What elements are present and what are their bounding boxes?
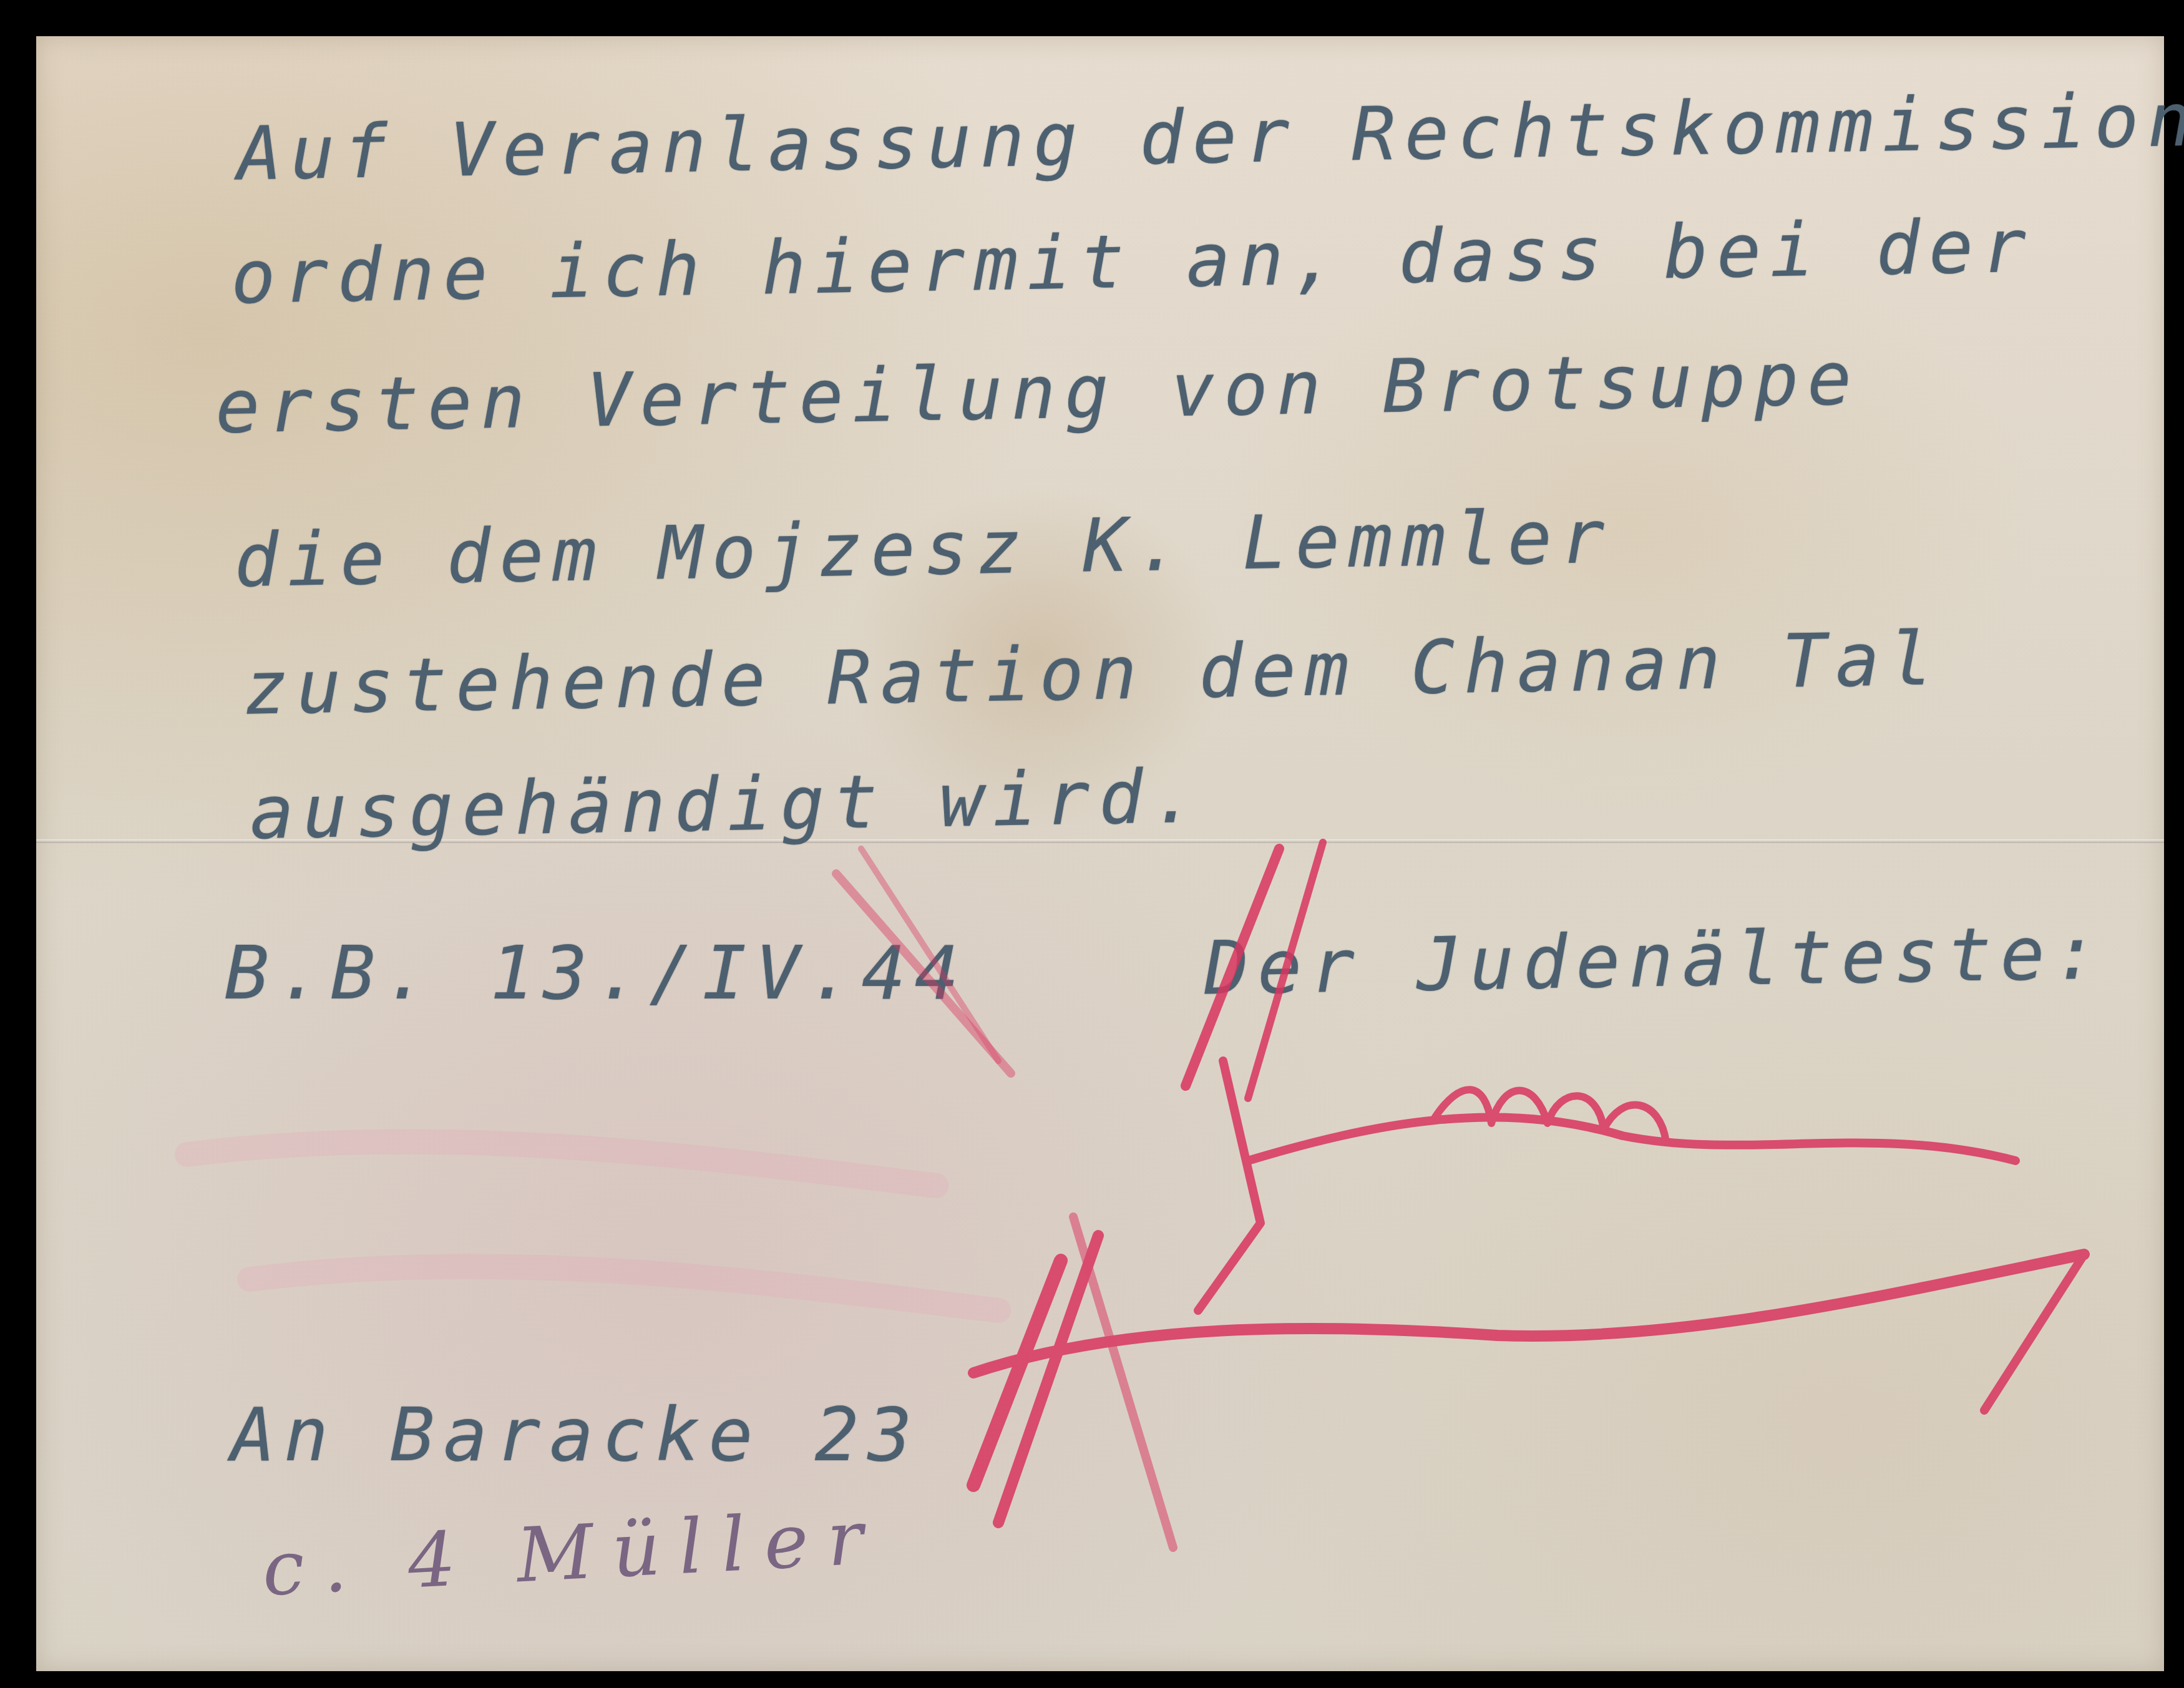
addressee-line: An Baracke 23 — [231, 1392, 921, 1478]
signatory-title: Der Judenälteste: — [1204, 909, 2107, 1011]
document-date: B.B. 13./IV.44 — [225, 930, 968, 1016]
body-line-6: ausgehändigt wird. — [249, 753, 1206, 856]
